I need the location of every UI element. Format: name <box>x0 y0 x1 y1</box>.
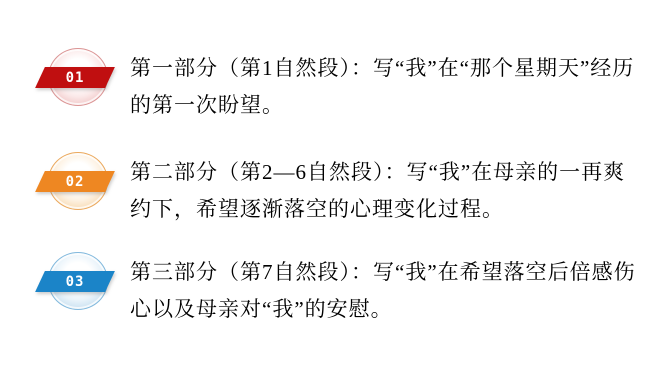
slide-canvas: 01 第一部分（第1自然段）：写“我”在“那个星期天”经历的第一次盼望。 02 … <box>0 0 668 376</box>
section-text-1: 第一部分（第1自然段）：写“我”在“那个星期天”经历的第一次盼望。 <box>130 50 638 124</box>
section-row-1: 01 第一部分（第1自然段）：写“我”在“那个星期天”经历的第一次盼望。 <box>0 48 668 130</box>
badge-number: 01 <box>40 67 110 88</box>
number-badge-3: 03 <box>0 252 130 314</box>
section-row-2: 02 第二部分（第2—6自然段）：写“我”在母亲的一再爽约下，希望逐渐落空的心理… <box>0 152 668 234</box>
section-row-3: 03 第三部分（第7自然段）：写“我”在希望落空后倍感伤心以及母亲对“我”的安慰… <box>0 252 668 334</box>
number-badge-2: 02 <box>0 152 130 214</box>
section-text-3: 第三部分（第7自然段）：写“我”在希望落空后倍感伤心以及母亲对“我”的安慰。 <box>130 254 638 328</box>
section-text-2: 第二部分（第2—6自然段）：写“我”在母亲的一再爽约下，希望逐渐落空的心理变化过… <box>130 154 638 228</box>
badge-number: 03 <box>40 271 110 292</box>
number-badge-1: 01 <box>0 48 130 110</box>
badge-number: 02 <box>40 171 110 192</box>
